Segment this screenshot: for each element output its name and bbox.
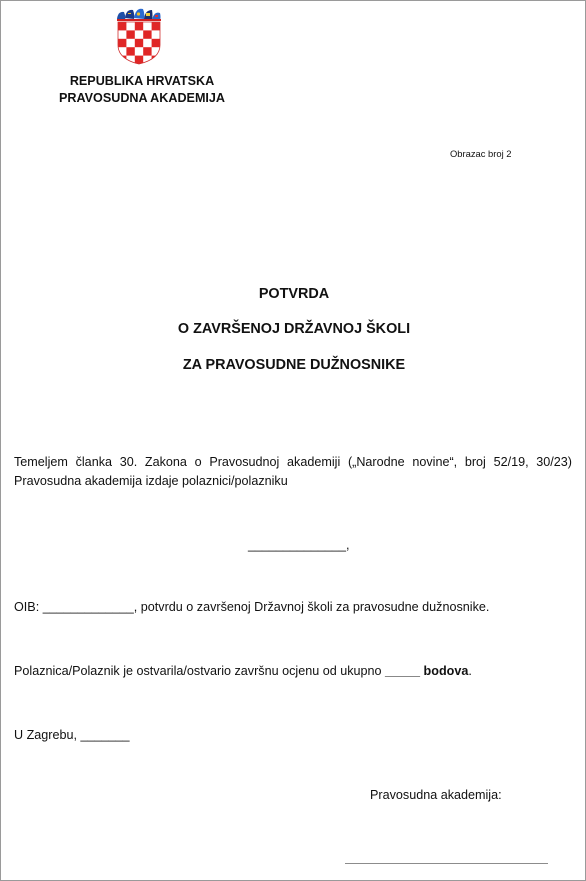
country-name: REPUBLIKA HRVATSKA (41, 73, 243, 90)
intro-line-2: Pravosudna akademija izdaje polaznici/po… (14, 474, 288, 488)
oib-paragraph: OIB: _____________, potvrdu o završenoj … (14, 598, 489, 617)
intro-paragraph: Temeljem članka 30. Zakona o Pravosudnoj… (14, 453, 572, 491)
date-blank: _______ (81, 728, 130, 742)
intro-line-1: Temeljem članka 30. Zakona o Pravosudnoj… (14, 453, 572, 472)
grade-text: Polaznica/Polaznik je ostvarila/ostvario… (14, 664, 385, 678)
grade-blank: _____ (385, 664, 420, 678)
grade-period: . (468, 664, 472, 678)
document-subtitle-2: ZA PRAVOSUDNE DUŽNOSNIKE (1, 357, 586, 373)
place-label: U Zagrebu, (14, 728, 81, 742)
recipient-name-blank: ______________, (248, 538, 350, 552)
oib-blank: _____________ (43, 600, 134, 614)
document-title: POTVRDA (1, 286, 586, 302)
oib-text: , potvrdu o završenoj Državnoj školi za … (134, 600, 490, 614)
form-number: Obrazac broj 2 (450, 148, 512, 159)
document-subtitle-1: O ZAVRŠENOJ DRŽAVNOJ ŠKOLI (1, 321, 586, 337)
place-date-line: U Zagrebu, _______ (14, 726, 130, 745)
croatian-coat-of-arms-icon (114, 7, 164, 65)
grade-unit: bodova (420, 664, 468, 678)
grade-paragraph: Polaznica/Polaznik je ostvarila/ostvario… (14, 662, 472, 681)
signature-line (345, 863, 548, 864)
institution-name: PRAVOSUDNA AKADEMIJA (41, 90, 243, 107)
institution-header: REPUBLIKA HRVATSKA PRAVOSUDNA AKADEMIJA (41, 73, 243, 107)
document-page: REPUBLIKA HRVATSKA PRAVOSUDNA AKADEMIJA … (0, 0, 586, 881)
oib-label: OIB: (14, 600, 43, 614)
signature-label: Pravosudna akademija: (370, 788, 502, 802)
